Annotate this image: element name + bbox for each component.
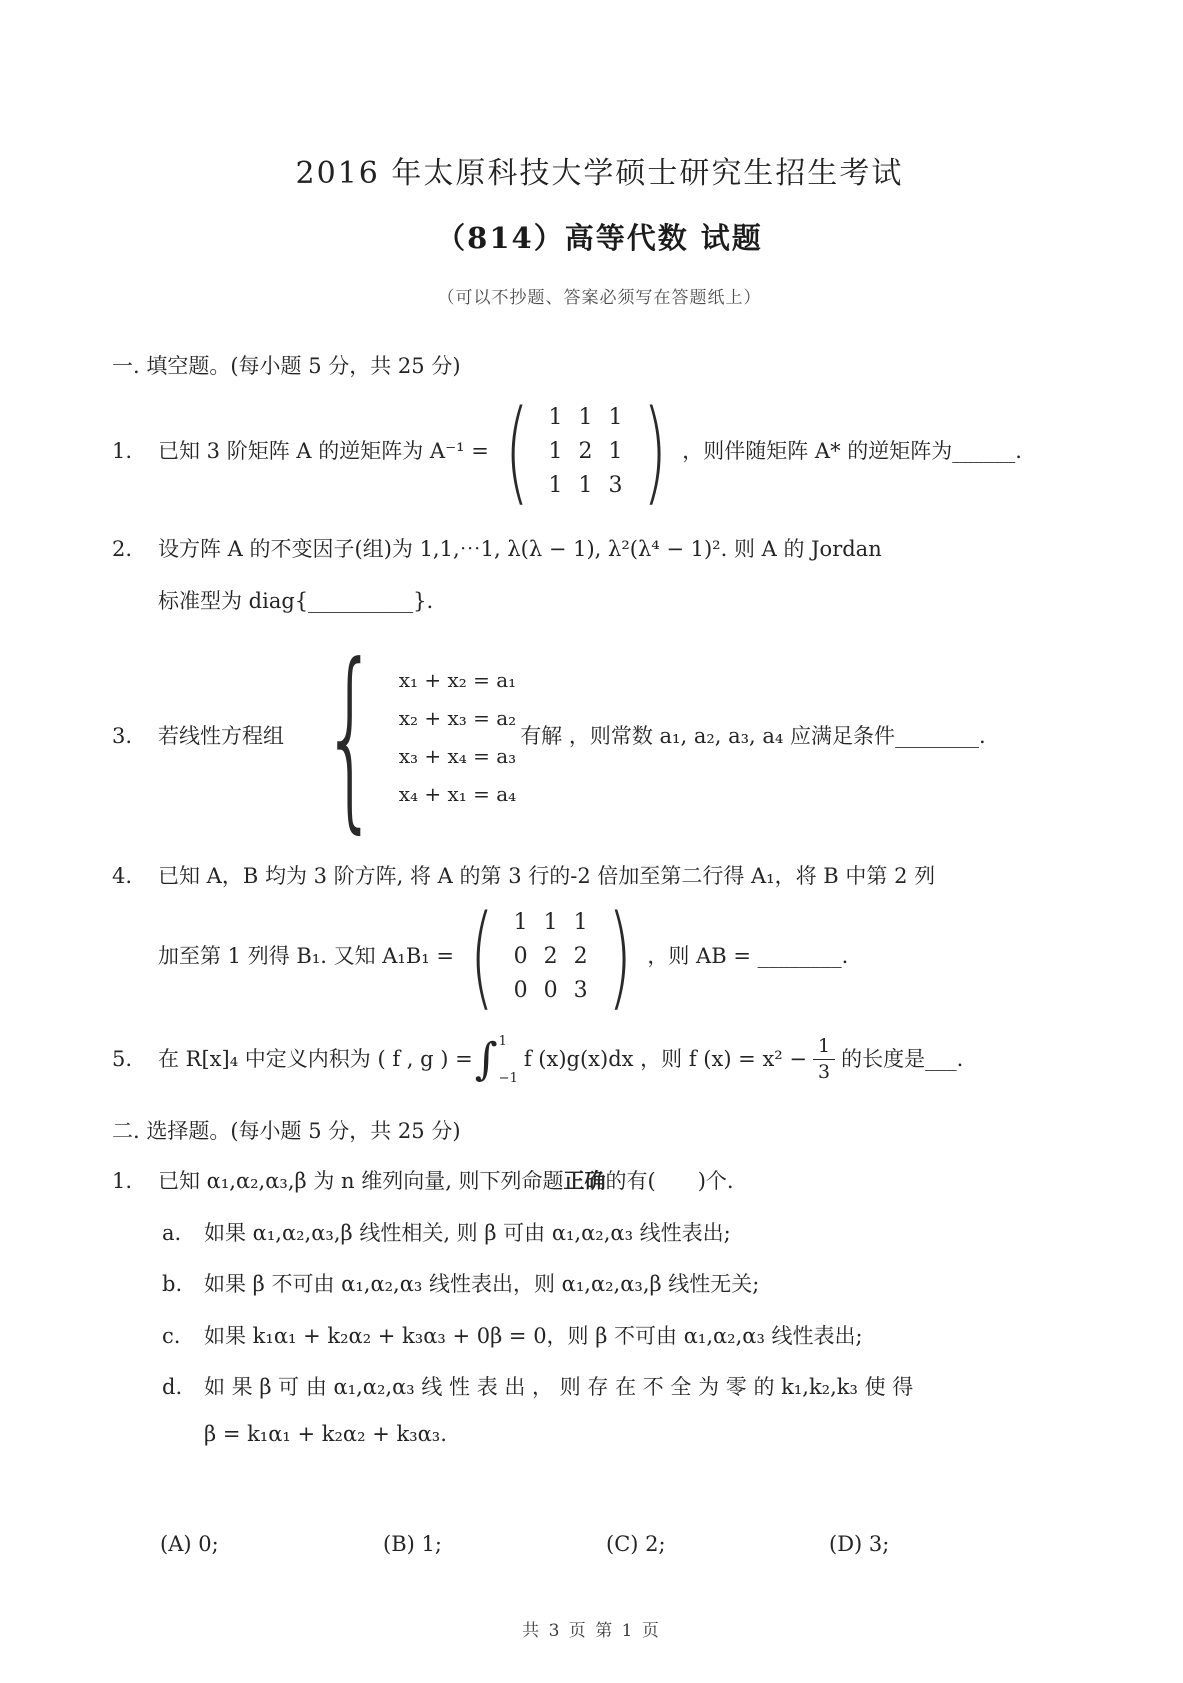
page-footer: 共 3 页 第 1 页 [0, 1616, 1183, 1641]
left-brace-icon: { [322, 639, 378, 835]
option-b-text: 如果 β 不可由 α₁,α₂,α₃ 线性表出，则 α₁,α₂,α₃,β 线性无关… [204, 1269, 759, 1301]
question-4-line2: 加至第 1 列得 B₁. 又知 A₁B₁ = ( 1 1 1 0 2 2 0 0… [158, 901, 1087, 1013]
page-title: 2016 年太原科技大学硕士研究生招生考试 [112, 148, 1087, 192]
option-c: c. 如果 k₁α₁ + k₂α₂ + k₃α₃ + 0β = 0，则 β 不可… [162, 1321, 1087, 1353]
right-paren-icon: ) [608, 901, 632, 1013]
question-3: 3. 若线性方程组 { x₁ + x₂ = a₁ x₂ + x₃ = a₂ x₃… [112, 639, 1087, 835]
choice-question-1-stem: 已知 α₁,α₂,α₃,β 为 n 维列向量, 则下列命题正确的有( )个. [158, 1165, 734, 1198]
equation: x₃ + x₄ = a₃ [399, 744, 516, 768]
exam-page: 2016 年太原科技大学硕士研究生招生考试 （814）高等代数 试题 （可以不抄… [0, 0, 1183, 1683]
matrix-a-inverse: ( 1 1 1 1 2 1 1 1 3 ) [495, 396, 676, 508]
equation: x₂ + x₃ = a₂ [399, 706, 516, 730]
option-a-text: 如果 α₁,α₂,α₃,β 线性相关, 则 β 可由 α₁,α₂,α₃ 线性表出… [204, 1218, 731, 1250]
equation-list: x₁ + x₂ = a₁ x₂ + x₃ = a₂ x₃ + x₄ = a₃ x… [399, 668, 516, 806]
matrix-cell: 2 [544, 946, 558, 968]
matrix-a-inverse-cells: 1 1 1 1 2 1 1 1 3 [539, 401, 633, 503]
matrix-cell: 1 [574, 912, 588, 934]
stem-post: 的有( )个. [606, 1169, 734, 1193]
matrix-cell: 1 [549, 441, 563, 463]
choice-d: (D) 3; [829, 1532, 1052, 1556]
option-a-label: a. [162, 1218, 204, 1250]
matrix-cell: 2 [574, 946, 588, 968]
fraction-numerator: 1 [813, 1035, 835, 1061]
choice-b: (B) 1; [383, 1532, 606, 1556]
integral-lower-limit: −1 [499, 1072, 518, 1085]
option-d-text: 如 果 β 可 由 α₁,α₂,α₃ 线 性 表 出 ， 则 存 在 不 全 为… [204, 1372, 913, 1404]
choice-question-1: 1. 已知 α₁,α₂,α₃,β 为 n 维列向量, 则下列命题正确的有( )个… [112, 1165, 1087, 1198]
choice-a: (A) 0; [160, 1532, 383, 1556]
question-1-post: ，则伴随矩阵 A* 的逆矩阵为______. [682, 436, 1022, 468]
question-5: 5. 在 R[x]₄ 中定义内积为 ( f , g ) = ∫ 1 −1 f (… [112, 1035, 1087, 1086]
fraction-denominator: 3 [818, 1060, 830, 1085]
matrix-cell: 2 [579, 441, 593, 463]
option-c-text: 如果 k₁α₁ + k₂α₂ + k₃α₃ + 0β = 0，则 β 不可由 α… [204, 1321, 863, 1353]
option-a: a. 如果 α₁,α₂,α₃,β 线性相关, 则 β 可由 α₁,α₂,α₃ 线… [162, 1218, 1087, 1250]
question-1: 1. 已知 3 阶矩阵 A 的逆矩阵为 A⁻¹ = ( 1 1 1 1 2 1 … [112, 396, 1087, 508]
choice-question-1-number: 1. [112, 1166, 158, 1198]
matrix-cell: 1 [549, 475, 563, 497]
equation-system: { x₁ + x₂ = a₁ x₂ + x₃ = a₂ x₃ + x₄ = a₃… [288, 639, 516, 835]
question-4-line2-pre: 加至第 1 列得 B₁. 又知 A₁B₁ = [158, 941, 454, 973]
matrix-a1b1-cells: 1 1 1 0 2 2 0 0 3 [504, 906, 598, 1008]
matrix-a1b1: ( 1 1 1 0 2 2 0 0 3 ) [460, 901, 641, 1013]
page-subtitle: （814）高等代数 试题 [112, 216, 1087, 257]
matrix-cell: 0 [544, 980, 558, 1002]
left-paren-icon: ( [470, 901, 494, 1013]
question-5-mid: f (x)g(x)dx ，则 f (x) = x² − [524, 1044, 807, 1076]
question-3-number: 3. [112, 721, 158, 753]
question-1-number: 1. [112, 436, 158, 468]
matrix-cell: 0 [514, 946, 528, 968]
question-2-line2: 标准型为 diag{__________}. [158, 586, 1087, 618]
matrix-cell: 1 [544, 912, 558, 934]
answer-choices: (A) 0; (B) 1; (C) 2; (D) 3; [160, 1532, 1087, 1556]
choice-c: (C) 2; [606, 1532, 829, 1556]
question-4-line1: 已知 A，B 均为 3 阶方阵, 将 A 的第 3 行的-2 倍加至第二行得 A… [158, 861, 935, 893]
option-b: b. 如果 β 不可由 α₁,α₂,α₃ 线性表出，则 α₁,α₂,α₃,β 线… [162, 1269, 1087, 1301]
option-b-label: b. [162, 1269, 204, 1301]
question-3-post: 有解 ，则常数 a₁, a₂, a₃, a₄ 应满足条件________. [520, 721, 986, 753]
matrix-cell: 3 [609, 475, 623, 497]
option-d-label: d. [162, 1372, 204, 1404]
stem-pre: 已知 α₁,α₂,α₃,β 为 n 维列向量, 则下列命题 [158, 1169, 564, 1193]
integral-limits: 1 −1 [499, 1035, 518, 1085]
right-paren-icon: ) [642, 396, 666, 508]
question-4: 4. 已知 A，B 均为 3 阶方阵, 将 A 的第 3 行的-2 倍加至第二行… [112, 861, 1087, 893]
matrix-cell: 1 [609, 441, 623, 463]
matrix-cell: 0 [514, 980, 528, 1002]
option-d: d. 如 果 β 可 由 α₁,α₂,α₃ 线 性 表 出 ， 则 存 在 不 … [162, 1372, 1087, 1404]
integral-upper-limit: 1 [499, 1035, 518, 1048]
question-2-number: 2. [112, 534, 158, 566]
matrix-cell: 1 [579, 407, 593, 429]
question-2-line1: 设方阵 A 的不变因子(组)为 1,1,⋯1, λ(λ − 1), λ²(λ⁴ … [158, 534, 882, 566]
matrix-cell: 1 [514, 912, 528, 934]
integral-icon: ∫ [475, 1038, 498, 1082]
fraction-one-third: 1 3 [813, 1035, 835, 1086]
section1-heading: 一. 填空题。(每小题 5 分，共 25 分) [112, 350, 1087, 380]
question-4-line2-post: ，则 AB = ________. [647, 941, 848, 973]
question-2: 2. 设方阵 A 的不变因子(组)为 1,1,⋯1, λ(λ − 1), λ²(… [112, 534, 1087, 566]
option-d-line2: β = k₁α₁ + k₂α₂ + k₃α₃. [204, 1422, 1087, 1446]
equation: x₁ + x₂ = a₁ [399, 668, 516, 692]
left-paren-icon: ( [505, 396, 529, 508]
matrix-cell: 1 [579, 475, 593, 497]
section2-heading: 二. 选择题。(每小题 5 分，共 25 分) [112, 1115, 1087, 1145]
matrix-cell: 1 [609, 407, 623, 429]
matrix-cell: 1 [549, 407, 563, 429]
question-1-pre: 已知 3 阶矩阵 A 的逆矩阵为 A⁻¹ = [158, 436, 489, 468]
question-5-post: 的长度是___. [841, 1044, 963, 1076]
question-4-number: 4. [112, 861, 158, 893]
stem-bold: 正确 [564, 1168, 606, 1193]
question-3-pre: 若线性方程组 [158, 721, 284, 753]
matrix-cell: 3 [574, 980, 588, 1002]
equation: x₄ + x₁ = a₄ [399, 782, 516, 806]
integral-expression: ∫ 1 −1 [475, 1035, 522, 1085]
exam-note: （可以不抄题、答案必须写在答题纸上） [112, 283, 1087, 308]
question-5-pre: 在 R[x]₄ 中定义内积为 ( f , g ) = [158, 1044, 473, 1076]
option-c-label: c. [162, 1321, 204, 1353]
question-5-number: 5. [112, 1044, 158, 1076]
